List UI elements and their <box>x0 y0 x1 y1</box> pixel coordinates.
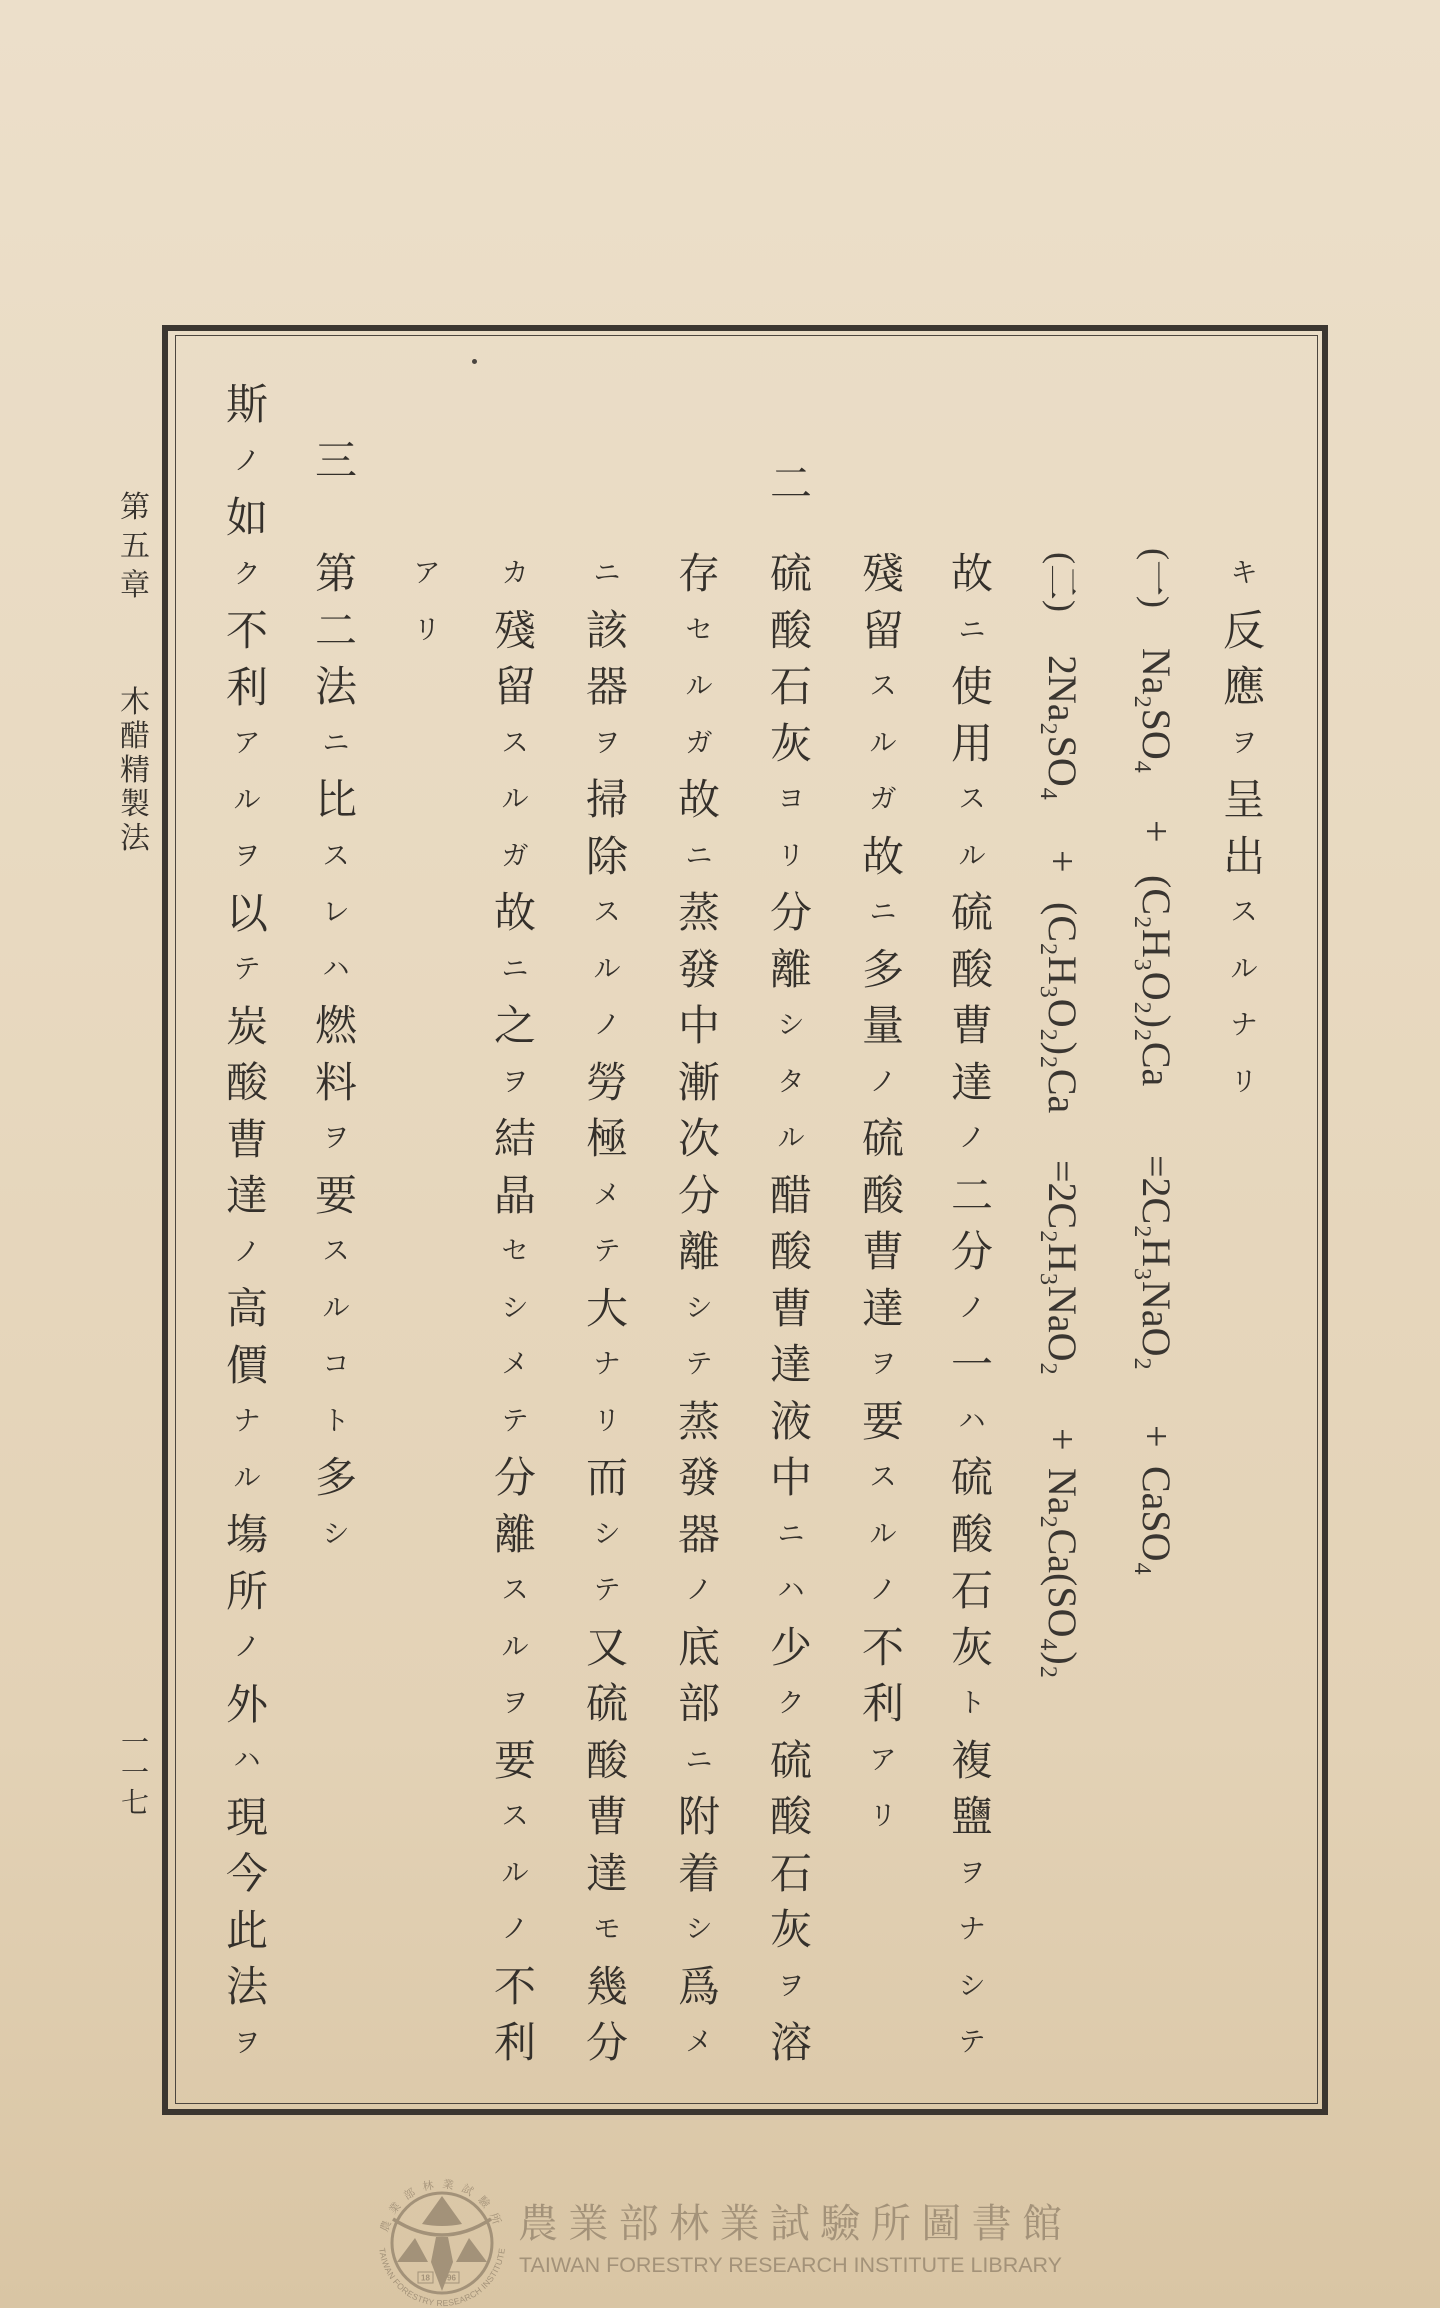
glyph: 結 <box>485 1111 545 1168</box>
glyph: 料 <box>306 1055 366 1112</box>
glyph: 硫 <box>942 885 1002 942</box>
glyph: 二 <box>942 1168 1002 1225</box>
glyph: 故 <box>669 772 729 829</box>
glyph: 價 <box>217 1338 277 1395</box>
equation-operator: + <box>1133 1425 1179 1448</box>
equation-term: =2C₂H₃NaO₂ <box>1039 1160 1085 1376</box>
glyph: シ <box>485 1281 545 1338</box>
glyph: 分 <box>577 2015 637 2072</box>
glyph: ニ <box>853 885 913 942</box>
glyph: ト <box>306 1394 366 1451</box>
glyph: 燃 <box>306 998 366 1055</box>
glyph: 故 <box>942 546 1002 603</box>
text-column: 殘留スルガ故ニ多量ノ硫酸曹達ヲ要スルノ不利アリ <box>853 546 913 1846</box>
text-column: ニ該器ヲ掃除スルノ勞極メテ大ナリ而シテ又硫酸曹達モ幾分 <box>577 546 637 2072</box>
equation-label: (二) <box>1039 552 1085 612</box>
glyph: 高 <box>217 1281 277 1338</box>
glyph: 法 <box>306 659 366 716</box>
glyph: ス <box>485 1789 545 1846</box>
glyph: 少 <box>761 1620 821 1677</box>
glyph: ル <box>761 1111 821 1168</box>
glyph: タ <box>761 1055 821 1112</box>
glyph: ハ <box>942 1394 1002 1451</box>
glyph: ヲ <box>217 829 277 886</box>
library-name-zh: 農業部林業試驗所圖書館 <box>518 2201 1062 2247</box>
equation-term: Na₂SO₄ <box>1133 648 1179 774</box>
glyph: 分 <box>761 885 821 942</box>
glyph: 用 <box>942 716 1002 773</box>
glyph: テ <box>577 1563 637 1620</box>
glyph: 一 <box>120 1758 150 1788</box>
glyph: 酸 <box>577 1733 637 1790</box>
glyph: 酸 <box>761 603 821 660</box>
glyph: 達 <box>577 1846 637 1903</box>
glyph: 呈 <box>1214 772 1274 829</box>
glyph: 要 <box>306 1168 366 1225</box>
glyph: ハ <box>306 942 366 999</box>
glyph: 酸 <box>217 1055 277 1112</box>
glyph: 液 <box>761 1394 821 1451</box>
glyph: ア <box>853 1733 913 1790</box>
glyph: ヲ <box>485 1676 545 1733</box>
glyph: ク <box>217 547 277 604</box>
glyph: 不 <box>485 1959 545 2016</box>
text-column: アリ <box>397 546 457 659</box>
glyph: 硫 <box>761 546 821 603</box>
glyph: ヲ <box>853 1337 913 1394</box>
glyph: 灰 <box>761 716 821 773</box>
equation-term: CaSO₄ <box>1133 1466 1179 1576</box>
glyph: 底 <box>669 1620 729 1677</box>
glyph: ニ <box>306 716 366 773</box>
glyph: 二 <box>761 456 821 513</box>
glyph: 達 <box>761 1337 821 1394</box>
glyph: 酸 <box>942 942 1002 999</box>
glyph: 不 <box>217 603 277 660</box>
glyph: 石 <box>761 1846 821 1903</box>
glyph: ス <box>853 659 913 716</box>
glyph: ノ <box>217 434 277 491</box>
text-column: 第二法ニ比スレハ燃料ヲ要スルコト多シ <box>306 546 366 1563</box>
equation-term: Na₂Ca(SO₄)₂ <box>1039 1468 1085 1679</box>
text-column: 硫酸石灰ヨリ分離シタル醋酸曹達液中ニハ少ク硫酸石灰ヲ溶 <box>761 546 821 2072</box>
text-column: カ殘留スルガ故ニ之ヲ結晶セシメテ分離スルヲ要スルノ不利 <box>485 546 545 2072</box>
glyph: ノ <box>942 1111 1002 1168</box>
running-head-chapter: 第五章 <box>120 488 150 605</box>
glyph: 曹 <box>942 998 1002 1055</box>
glyph: ナ <box>942 1902 1002 1959</box>
glyph: 木 <box>120 686 150 720</box>
glyph: 三 <box>306 433 366 490</box>
glyph: 今 <box>217 1846 277 1903</box>
glyph: ノ <box>853 1563 913 1620</box>
glyph: 硫 <box>761 1733 821 1790</box>
glyph: ニ <box>485 942 545 999</box>
glyph: カ <box>485 546 545 603</box>
section-number: 二 <box>761 456 821 513</box>
glyph: ル <box>669 659 729 716</box>
glyph: 一 <box>120 1728 150 1758</box>
glyph: ガ <box>485 829 545 886</box>
glyph: ヲ <box>485 1055 545 1112</box>
glyph: セ <box>485 1224 545 1281</box>
glyph: 故 <box>485 885 545 942</box>
glyph: ニ <box>761 1507 821 1564</box>
glyph: テ <box>217 942 277 999</box>
equation-term: (C₂H₃O₂)₂Ca <box>1133 875 1179 1086</box>
glyph: 利 <box>485 2015 545 2072</box>
glyph: 現 <box>217 1790 277 1847</box>
glyph: 不 <box>853 1620 913 1677</box>
glyph: 法 <box>217 1959 277 2016</box>
glyph: 之 <box>485 998 545 1055</box>
glyph: ル <box>577 942 637 999</box>
glyph: ノ <box>669 1563 729 1620</box>
glyph: リ <box>1214 1055 1274 1112</box>
glyph: 該 <box>577 603 637 660</box>
glyph: 石 <box>761 659 821 716</box>
glyph: ヨ <box>761 772 821 829</box>
glyph: 除 <box>577 829 637 886</box>
glyph: ト <box>942 1676 1002 1733</box>
glyph: 製 <box>120 788 150 822</box>
glyph: 曹 <box>217 1112 277 1169</box>
glyph: ノ <box>217 1620 277 1677</box>
glyph: 酸 <box>942 1507 1002 1564</box>
glyph: 要 <box>853 1394 913 1451</box>
glyph: リ <box>397 603 457 660</box>
glyph: 離 <box>669 1224 729 1281</box>
glyph: 此 <box>217 1903 277 1960</box>
glyph: 殘 <box>853 546 913 603</box>
glyph: 石 <box>942 1563 1002 1620</box>
glyph: ガ <box>669 716 729 773</box>
glyph: 酸 <box>761 1224 821 1281</box>
glyph: レ <box>306 885 366 942</box>
glyph: リ <box>761 829 821 886</box>
library-watermark: 18 96 農業部林業試驗所 TAIWAN FORESTRY RESEARCH … <box>360 2170 1080 2308</box>
glyph: 第 <box>306 546 366 603</box>
glyph: ス <box>942 772 1002 829</box>
glyph: 分 <box>669 1168 729 1225</box>
glyph: 曹 <box>577 1789 637 1846</box>
glyph: 分 <box>485 1450 545 1507</box>
glyph: 章 <box>120 566 150 605</box>
glyph: 部 <box>669 1676 729 1733</box>
glyph: ニ <box>669 1733 729 1790</box>
glyph: ノ <box>853 1055 913 1112</box>
glyph: 又 <box>577 1620 637 1677</box>
glyph: ガ <box>853 772 913 829</box>
glyph: ス <box>306 1224 366 1281</box>
glyph: キ <box>1214 546 1274 603</box>
glyph: シ <box>669 1281 729 1338</box>
glyph: 要 <box>485 1733 545 1790</box>
glyph: 多 <box>853 942 913 999</box>
glyph: テ <box>577 1224 637 1281</box>
equation-label: (一) <box>1133 548 1179 608</box>
glyph: 達 <box>853 1281 913 1338</box>
glyph: 大 <box>577 1281 637 1338</box>
section-number: 三 <box>306 433 366 490</box>
glyph: 着 <box>669 1846 729 1903</box>
glyph: 灰 <box>942 1620 1002 1677</box>
glyph: コ <box>306 1337 366 1394</box>
glyph: 五 <box>120 527 150 566</box>
glyph: 留 <box>853 603 913 660</box>
glyph: 炭 <box>217 999 277 1056</box>
equation-operator: + <box>1133 820 1179 843</box>
glyph: メ <box>669 2015 729 2072</box>
glyph: 酸 <box>853 1168 913 1225</box>
glyph: テ <box>485 1394 545 1451</box>
glyph: 外 <box>217 1677 277 1734</box>
glyph: ス <box>577 885 637 942</box>
glyph: 中 <box>761 1450 821 1507</box>
glyph: 所 <box>217 1564 277 1621</box>
glyph: 利 <box>217 660 277 717</box>
glyph: 殘 <box>485 603 545 660</box>
glyph: 複 <box>942 1733 1002 1790</box>
glyph: ハ <box>761 1563 821 1620</box>
glyph: リ <box>577 1394 637 1451</box>
glyph: 離 <box>485 1507 545 1564</box>
equation-term: (C₂H₃O₂)₂Ca <box>1039 902 1085 1113</box>
glyph: ル <box>485 1620 545 1677</box>
glyph: 量 <box>853 998 913 1055</box>
glyph: 蒸 <box>669 1394 729 1451</box>
glyph: ス <box>306 829 366 886</box>
glyph: ル <box>217 1451 277 1508</box>
glyph: ノ <box>942 1281 1002 1338</box>
glyph: 幾 <box>577 1959 637 2016</box>
glyph: ヲ <box>306 1111 366 1168</box>
glyph: 分 <box>942 1224 1002 1281</box>
glyph: 器 <box>577 659 637 716</box>
glyph: 蒸 <box>669 885 729 942</box>
glyph: 達 <box>217 1168 277 1225</box>
glyph: 曹 <box>761 1281 821 1338</box>
glyph: ナ <box>577 1337 637 1394</box>
glyph: ク <box>761 1676 821 1733</box>
glyph: シ <box>942 1959 1002 2016</box>
equation-operator: + <box>1039 1428 1085 1451</box>
glyph: 法 <box>120 822 150 856</box>
glyph: 故 <box>853 829 913 886</box>
page-number: 一一七 <box>120 1728 150 1818</box>
glyph: ノ <box>217 1225 277 1282</box>
glyph: 留 <box>485 659 545 716</box>
glyph: 七 <box>120 1788 150 1818</box>
glyph: ノ <box>577 998 637 1055</box>
text-column: 故ニ使用スル硫酸曹達ノ二分ノ一ハ硫酸石灰ト複鹽ヲナシテ <box>942 546 1002 2072</box>
glyph: 發 <box>669 942 729 999</box>
glyph: ヲ <box>761 1959 821 2016</box>
glyph: 一 <box>942 1337 1002 1394</box>
glyph: ス <box>853 1450 913 1507</box>
glyph: ニ <box>669 829 729 886</box>
glyph: 應 <box>1214 659 1274 716</box>
glyph: 發 <box>669 1450 729 1507</box>
glyph: ヲ <box>942 1846 1002 1903</box>
glyph: 附 <box>669 1789 729 1846</box>
glyph: ル <box>942 829 1002 886</box>
glyph: 精 <box>120 754 150 788</box>
glyph: 極 <box>577 1111 637 1168</box>
glyph: 鹽 <box>942 1789 1002 1846</box>
glyph: 曹 <box>853 1224 913 1281</box>
glyph: 灰 <box>761 1902 821 1959</box>
glyph: 中 <box>669 998 729 1055</box>
logo-year-left: 18 <box>421 2274 430 2283</box>
glyph: ヲ <box>217 2016 277 2073</box>
glyph: 比 <box>306 772 366 829</box>
glyph: ル <box>853 1507 913 1564</box>
glyph: ル <box>485 1846 545 1903</box>
glyph: ス <box>1214 885 1274 942</box>
glyph: シ <box>669 1902 729 1959</box>
glyph: 以 <box>217 886 277 943</box>
glyph: リ <box>853 1789 913 1846</box>
glyph: 塲 <box>217 1507 277 1564</box>
equation-term: =2C₂H₃NaO₂ <box>1133 1155 1179 1371</box>
glyph: 掃 <box>577 772 637 829</box>
glyph: ル <box>1214 942 1274 999</box>
glyph: 晶 <box>485 1168 545 1225</box>
glyph: テ <box>669 1337 729 1394</box>
glyph: 出 <box>1214 829 1274 886</box>
glyph: モ <box>577 1902 637 1959</box>
glyph: ナ <box>1214 998 1274 1055</box>
institute-logo-icon: 18 96 農業部林業試驗所 TAIWAN FORESTRY RESEARCH … <box>377 2176 507 2308</box>
glyph: 而 <box>577 1450 637 1507</box>
glyph: メ <box>485 1337 545 1394</box>
glyph: テ <box>942 2015 1002 2072</box>
glyph: 酸 <box>761 1789 821 1846</box>
glyph: ニ <box>942 603 1002 660</box>
glyph: 第 <box>120 488 150 527</box>
glyph: ル <box>217 773 277 830</box>
glyph: 器 <box>669 1507 729 1564</box>
glyph: ル <box>485 772 545 829</box>
glyph: 使 <box>942 659 1002 716</box>
glyph: ス <box>485 1563 545 1620</box>
glyph: 漸 <box>669 1055 729 1112</box>
glyph: 達 <box>942 1055 1002 1112</box>
glyph: ニ <box>577 546 637 603</box>
glyph: セ <box>669 603 729 660</box>
glyph: ノ <box>485 1902 545 1959</box>
glyph: ナ <box>217 1394 277 1451</box>
ink-speck <box>472 359 477 364</box>
text-column: 存セルガ故ニ蒸發中漸次分離シテ蒸發器ノ底部ニ附着シ爲メ <box>669 546 729 2072</box>
glyph: 二 <box>306 603 366 660</box>
glyph: 醋 <box>120 720 150 754</box>
glyph: ル <box>853 716 913 773</box>
glyph: 醋 <box>761 1168 821 1225</box>
glyph: 斯 <box>217 377 277 434</box>
glyph: 反 <box>1214 603 1274 660</box>
glyph: 存 <box>669 546 729 603</box>
glyph: ス <box>485 716 545 773</box>
glyph: 溶 <box>761 2015 821 2072</box>
equation-term: 2Na₂SO₄ <box>1039 655 1085 801</box>
glyph: ル <box>306 1281 366 1338</box>
glyph: 硫 <box>577 1676 637 1733</box>
running-head-title: 木醋精製法 <box>120 686 150 856</box>
glyph: ハ <box>217 1733 277 1790</box>
glyph: ヲ <box>577 716 637 773</box>
glyph: 利 <box>853 1676 913 1733</box>
glyph: 如 <box>217 490 277 547</box>
equation-operator: + <box>1039 850 1085 873</box>
glyph: シ <box>306 1507 366 1564</box>
glyph: 硫 <box>853 1111 913 1168</box>
glyph: シ <box>577 1507 637 1564</box>
glyph: ヲ <box>1214 716 1274 773</box>
glyph: 次 <box>669 1111 729 1168</box>
glyph: シ <box>761 998 821 1055</box>
glyph: 離 <box>761 942 821 999</box>
glyph: 硫 <box>942 1450 1002 1507</box>
text-column: キ反應ヲ呈出スルナリ <box>1214 546 1274 1111</box>
glyph: 爲 <box>669 1959 729 2016</box>
logo-year-right: 96 <box>447 2274 456 2283</box>
glyph: 勞 <box>577 1055 637 1112</box>
text-column: 斯ノ如ク不利アルヲ以テ炭酸曹達ノ高價ナル塲所ノ外ハ現今此法ヲ <box>217 377 277 2072</box>
library-name-en: TAIWAN FORESTRY RESEARCH INSTITUTE LIBRA… <box>519 2254 1062 2277</box>
glyph: ア <box>397 546 457 603</box>
glyph: ア <box>217 716 277 773</box>
glyph: メ <box>577 1168 637 1225</box>
glyph: 多 <box>306 1450 366 1507</box>
